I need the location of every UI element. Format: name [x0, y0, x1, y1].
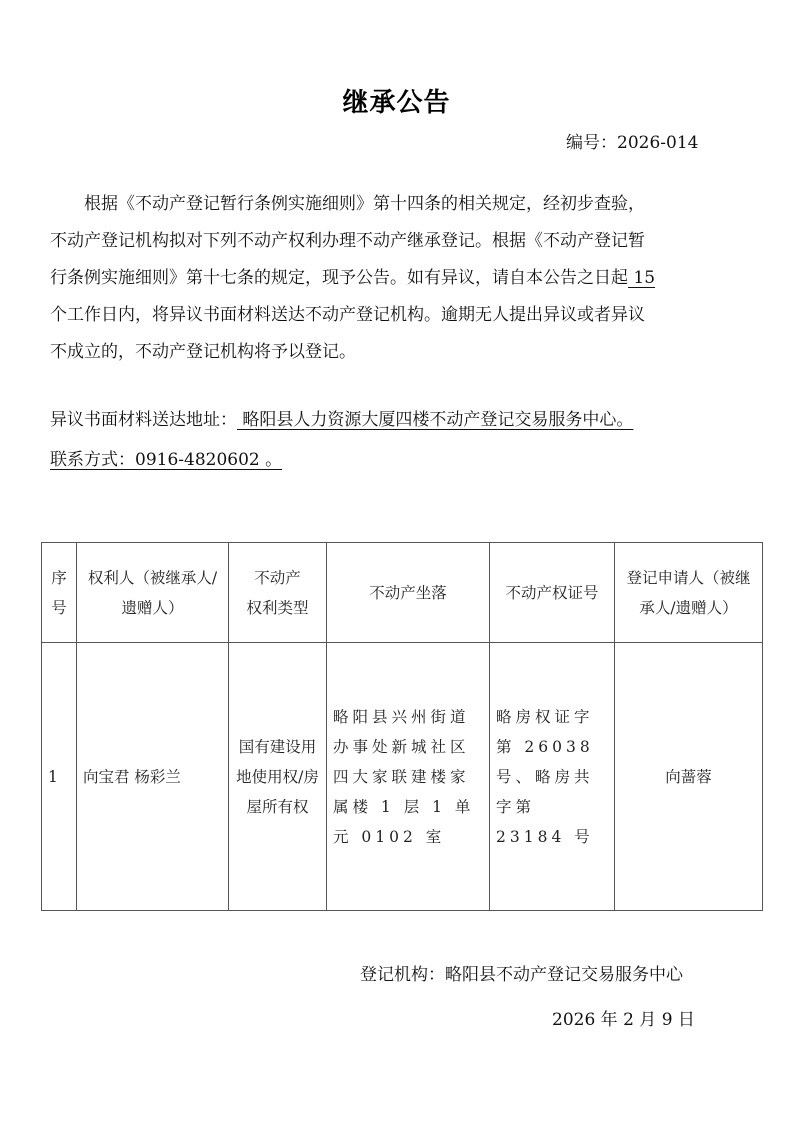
cell-right-type: 国有建设用地使用权/房屋所有权 [229, 643, 327, 911]
body-line-2: 不动产登记机构拟对下列不动产权利办理不动产继承登记。根据《不动产登记暂 [50, 223, 750, 260]
header-seq-line1: 序 [48, 563, 70, 593]
body-line-4: 个工作日内，将异议书面材料送达不动产登记机构。逾期无人提出异议或者异议 [50, 297, 750, 334]
header-location: 不动产坐落 [327, 543, 490, 643]
header-cert-no: 不动产权证号 [490, 543, 615, 643]
header-right-type: 不动产权利类型 [229, 543, 327, 643]
cell-cert-no: 略房权证字第 26038 号、略房共字第 23184 号 [490, 643, 615, 911]
cell-location: 略阳县兴州街道办事处新城社区四大家联建楼家属楼 1 层 1 单元 0102 室 [327, 643, 490, 911]
header-holder: 权利人（被继承人/遗赠人） [77, 543, 229, 643]
body-line-5: 不成立的，不动产登记机构将予以登记。 [50, 334, 750, 371]
table-header-row: 序号 权利人（被继承人/遗赠人） 不动产权利类型 不动产坐落 不动产权证号 登记… [42, 543, 763, 643]
body-line-3-text: 行条例实施细则》第十七条的规定，现予公告。如有异议，请自本公告之日起 [50, 268, 628, 288]
header-seq-line2: 号 [48, 593, 70, 623]
document-number: 编号：2026-014 [566, 128, 698, 153]
header-applicant: 登记申请人（被继承人/遗赠人） [615, 543, 763, 643]
contact-info: 联系方式：0916-4820602 。 [50, 445, 282, 470]
objection-address: 异议书面材料送达地址： 略阳县人力资源大厦四楼不动产登记交易服务中心。 [50, 405, 633, 430]
contact-value: 0916-4820602 。 [135, 450, 282, 470]
objection-days: 15 [628, 268, 655, 288]
contact-label: 联系方式： [50, 450, 135, 470]
cell-seq: 1 [42, 643, 77, 911]
cell-applicant: 向蔷蓉 [615, 643, 763, 911]
announcement-title: 继承公告 [0, 82, 793, 119]
body-line-3: 行条例实施细则》第十七条的规定，现予公告。如有异议，请自本公告之日起 15 [50, 260, 750, 297]
address-label: 异议书面材料送达地址： [50, 410, 237, 430]
header-right-type-line1: 不动产 [235, 563, 320, 593]
address-value: 略阳县人力资源大厦四楼不动产登记交易服务中心。 [237, 410, 633, 430]
header-right-type-line2: 权利类型 [235, 593, 320, 623]
document-number-value: 2026-014 [617, 133, 698, 153]
inheritance-table: 序号 权利人（被继承人/遗赠人） 不动产权利类型 不动产坐落 不动产权证号 登记… [41, 542, 763, 911]
announcement-body: 根据《不动产登记暂行条例实施细则》第十四条的相关规定，经初步查验， 不动产登记机… [50, 186, 750, 371]
registration-authority: 登记机构：略阳县不动产登记交易服务中心 [360, 960, 683, 985]
body-line-1: 根据《不动产登记暂行条例实施细则》第十四条的相关规定，经初步查验， [50, 186, 750, 223]
header-holder-text: 权利人（被继承人/遗赠人） [88, 569, 217, 617]
table-row: 1 向宝君 杨彩兰 国有建设用地使用权/房屋所有权 略阳县兴州街道办事处新城社区… [42, 643, 763, 911]
document-number-label: 编号： [566, 133, 617, 153]
cell-holder: 向宝君 杨彩兰 [77, 643, 229, 911]
announcement-date: 2026 年 2 月 9 日 [552, 1005, 695, 1030]
header-seq: 序号 [42, 543, 77, 643]
